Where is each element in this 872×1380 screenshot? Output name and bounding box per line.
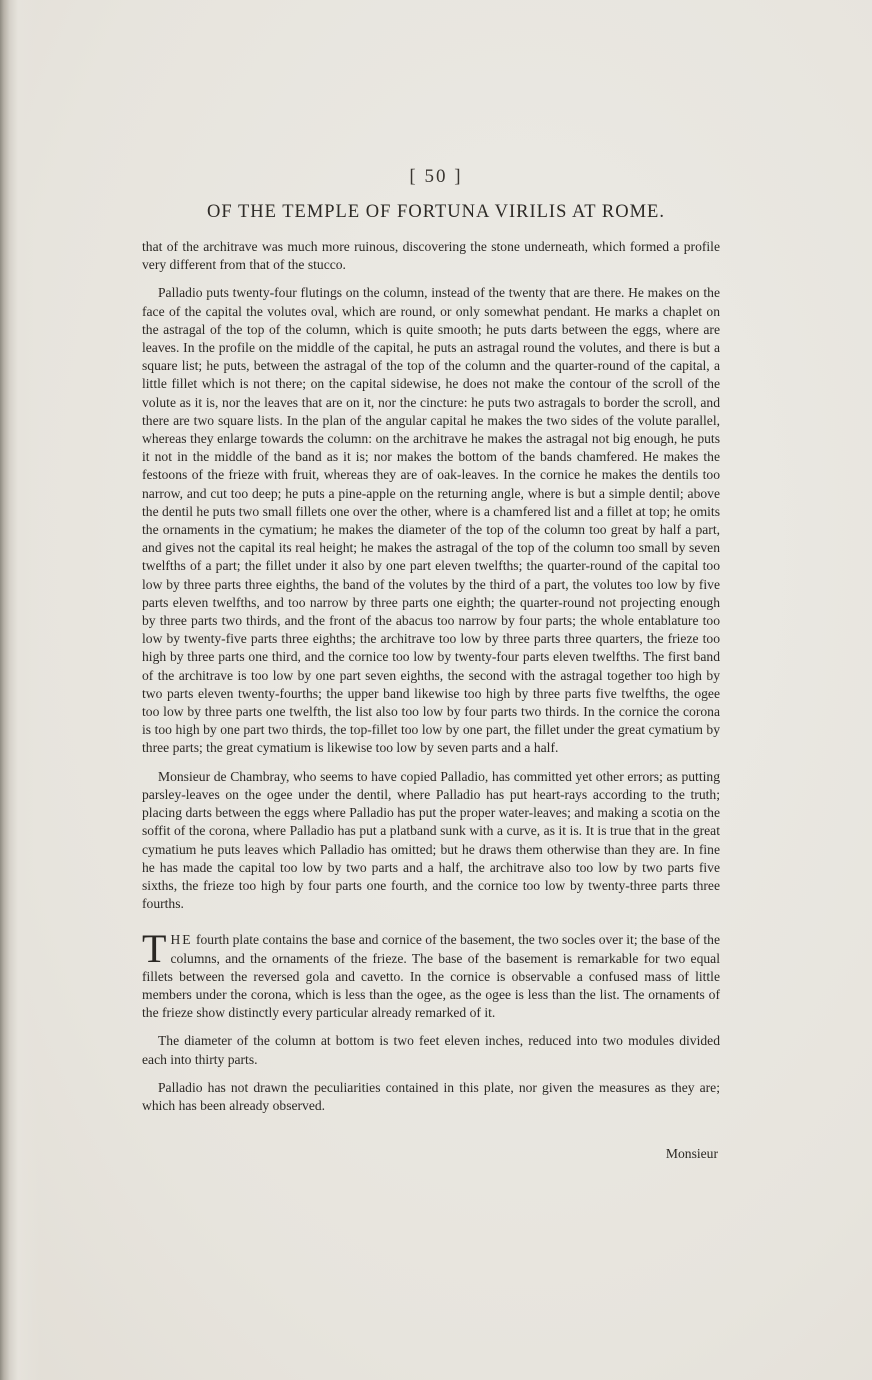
page-title: OF THE TEMPLE OF FORTUNA VIRILIS AT ROME… xyxy=(0,202,872,223)
catchword: Monsieur xyxy=(600,1146,718,1162)
paragraph-diameter: The diameter of the column at bottom is … xyxy=(142,1032,720,1068)
drop-cap-lead: HE xyxy=(170,932,192,947)
paragraph-fourth-plate: THE fourth plate contains the base and c… xyxy=(142,931,720,1022)
drop-cap: T xyxy=(142,933,166,965)
book-page: [ 50 ] OF THE TEMPLE OF FORTUNA VIRILIS … xyxy=(0,0,872,1380)
fourth-plate-text: fourth plate contains the base and corni… xyxy=(142,932,720,1020)
paragraph-palladio-peculiarities: Palladio has not drawn the peculiarities… xyxy=(142,1079,720,1115)
paragraph-palladio-errors: Palladio puts twenty-four flutings on th… xyxy=(142,284,720,757)
paragraph-chambray-errors: Monsieur de Chambray, who seems to have … xyxy=(142,768,720,914)
paragraph-continuation: that of the architrave was much more rui… xyxy=(142,238,720,274)
body-text: that of the architrave was much more rui… xyxy=(142,238,720,1125)
page-number: [ 50 ] xyxy=(0,166,872,188)
